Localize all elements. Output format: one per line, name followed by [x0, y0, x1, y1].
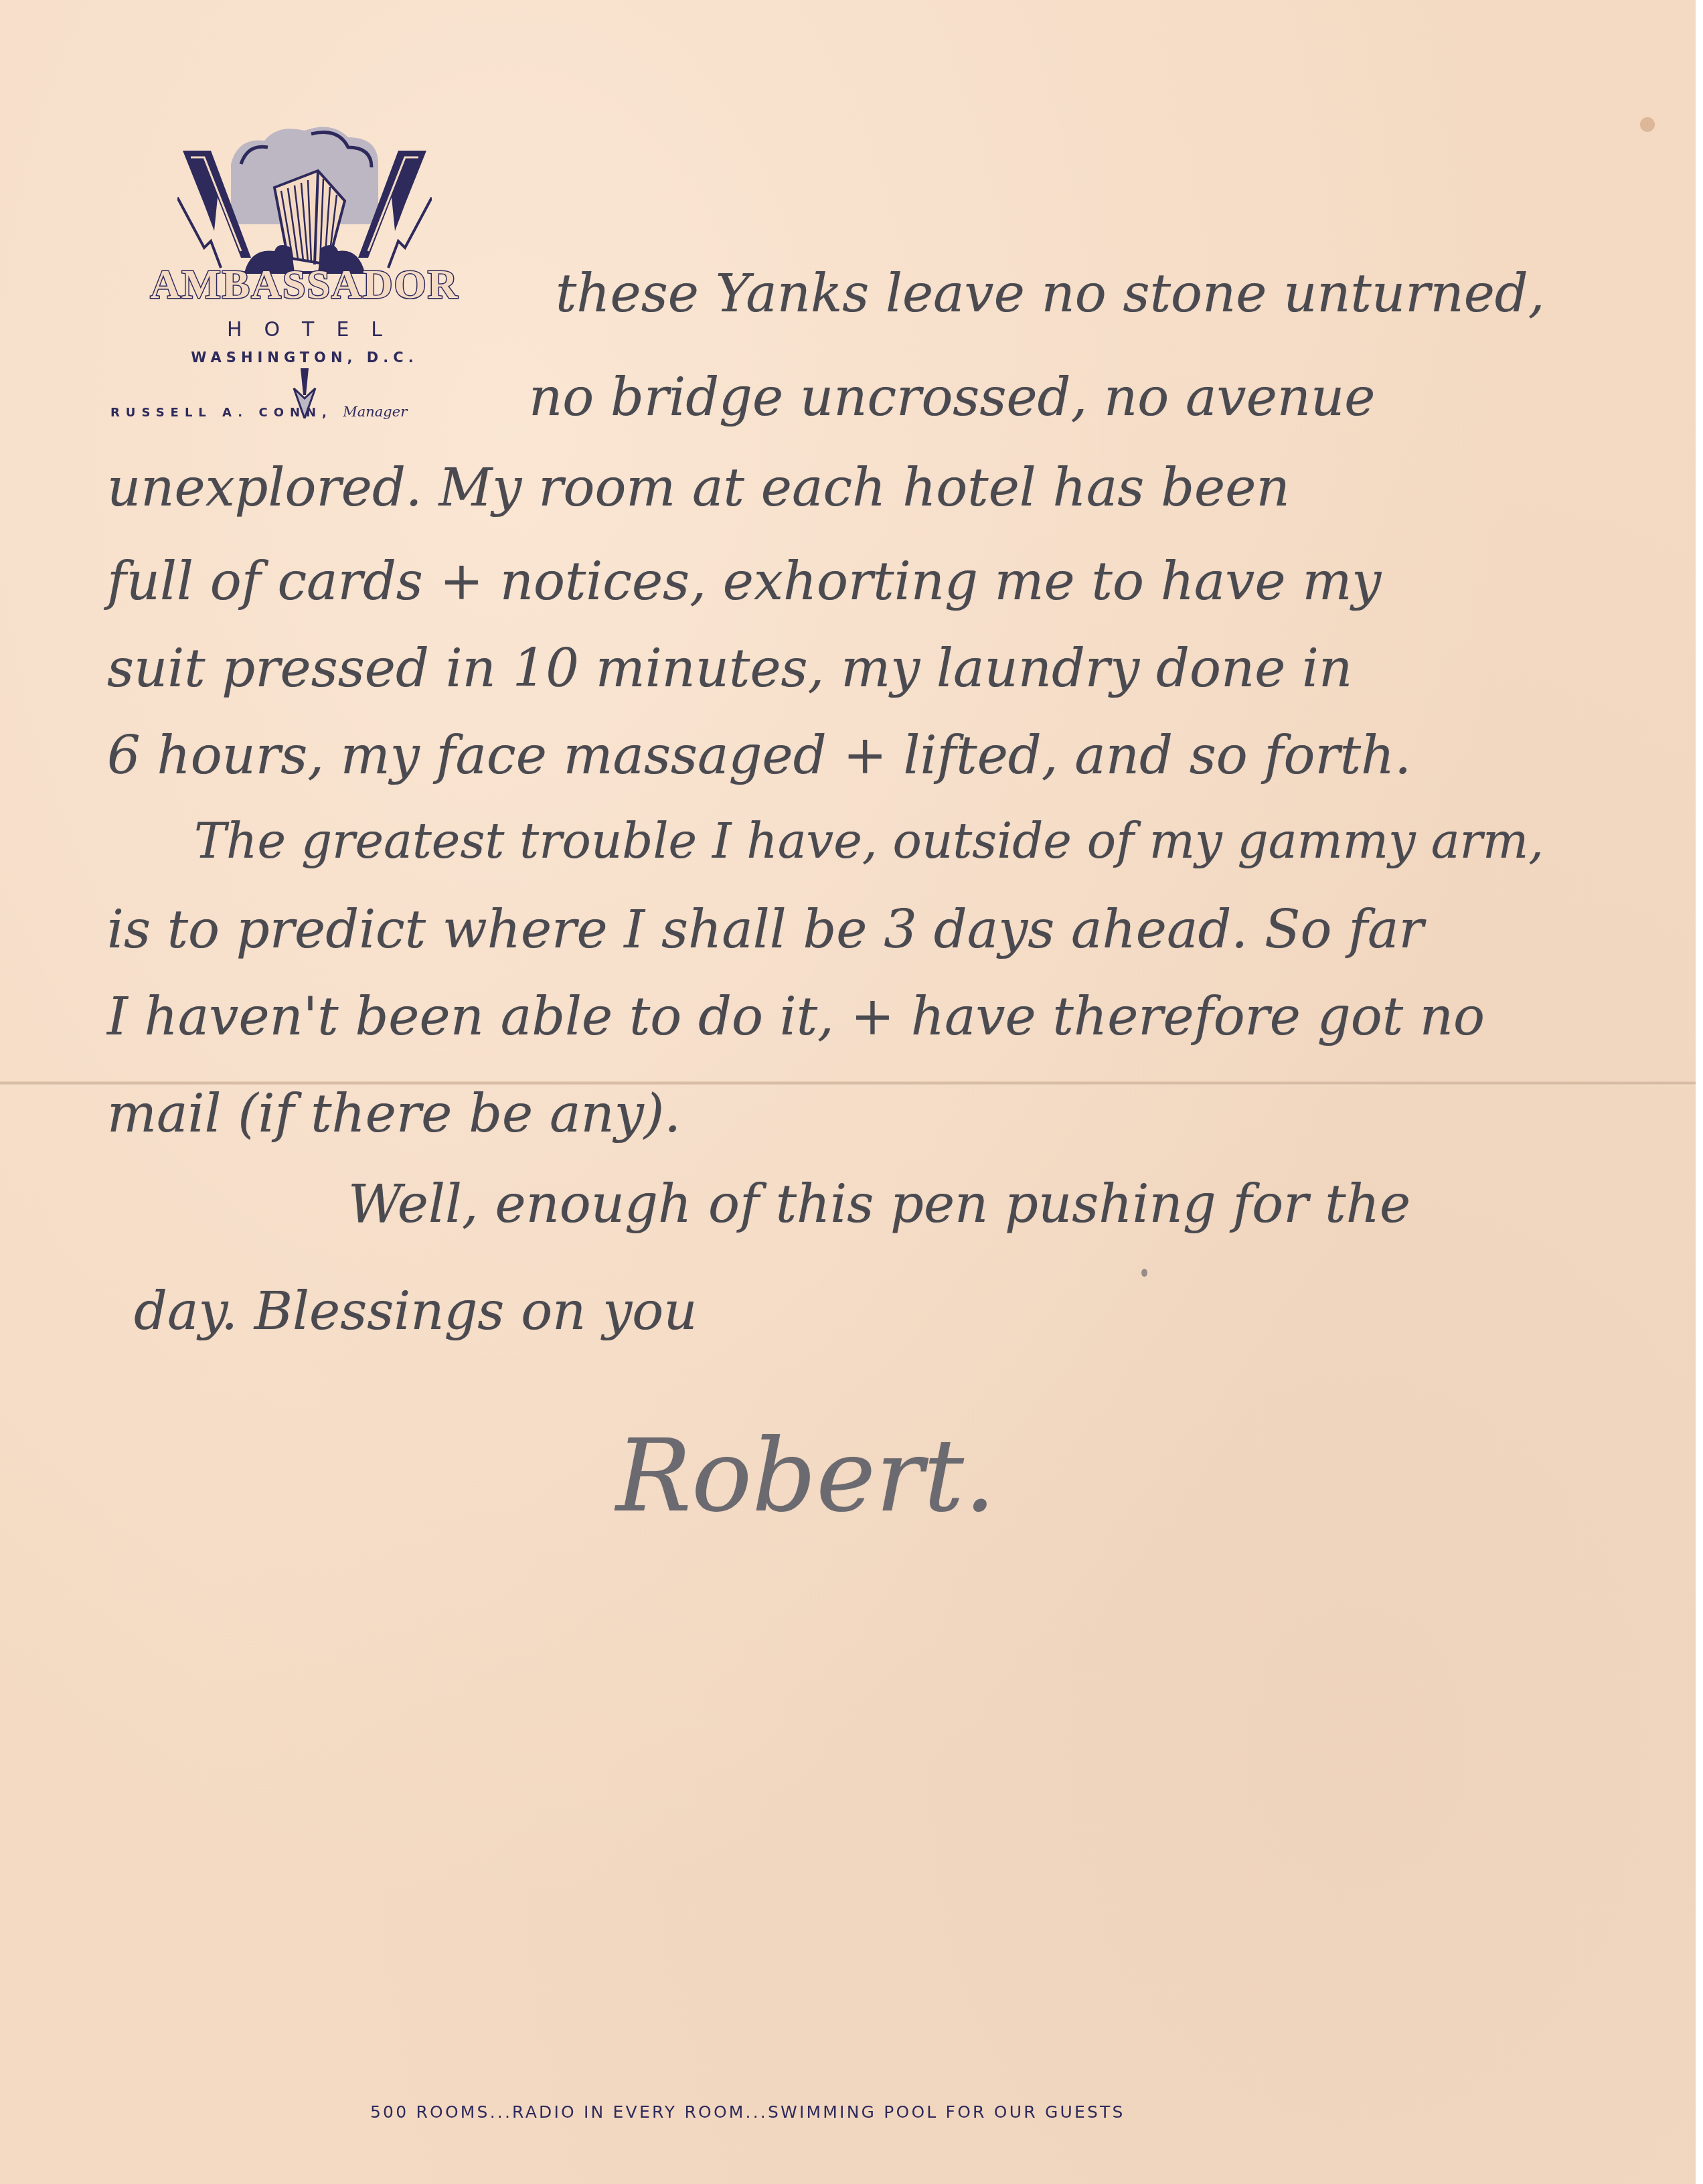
handwritten-line: is to predict where I shall be 3 days ah… [107, 904, 1424, 956]
stain-spot [1640, 117, 1655, 132]
hotel-building-logo-icon [177, 124, 432, 275]
manager-title: Manager [343, 404, 407, 420]
letterhead-footer: 500 ROOMS...RADIO IN EVERY ROOM...SWIMMI… [370, 2102, 1348, 2122]
handwritten-line: suit pressed in 10 minutes, my laundry d… [107, 643, 1352, 695]
hotel-location: WASHINGTON, D.C. [110, 349, 499, 366]
manager-line: RUSSELL A. CONN, Manager [110, 404, 512, 420]
letterhead: AMBASSADOR HOTEL WASHINGTON, D.C. RUSSEL… [110, 124, 499, 432]
handwritten-line: Well, enough of this pen pushing for the [348, 1178, 1410, 1231]
handwritten-line: day. Blessings on you [134, 1285, 697, 1338]
handwritten-line: unexplored. My room at each hotel has be… [107, 462, 1290, 514]
hotel-subtitle: HOTEL [110, 318, 499, 341]
handwritten-line: The greatest trouble I have, outside of … [194, 817, 1544, 865]
handwritten-line: I haven't been able to do it, + have the… [107, 991, 1485, 1043]
letter-paper: AMBASSADOR HOTEL WASHINGTON, D.C. RUSSEL… [0, 0, 1696, 2184]
handwritten-line: no bridge uncrossed, no avenue [529, 372, 1375, 424]
handwritten-line: mail (if there be any). [107, 1088, 681, 1140]
hotel-brand-name: AMBASSADOR [110, 261, 499, 309]
signature: Robert. [616, 1426, 996, 1527]
manager-name: RUSSELL A. CONN, [110, 406, 333, 420]
handwritten-line: 6 hours, my face massaged + lifted, and … [107, 730, 1411, 782]
handwritten-line: these Yanks leave no stone unturned, [556, 268, 1545, 320]
handwritten-line: full of cards + notices, exhorting me to… [107, 556, 1381, 608]
ink-spot [1141, 1269, 1147, 1277]
